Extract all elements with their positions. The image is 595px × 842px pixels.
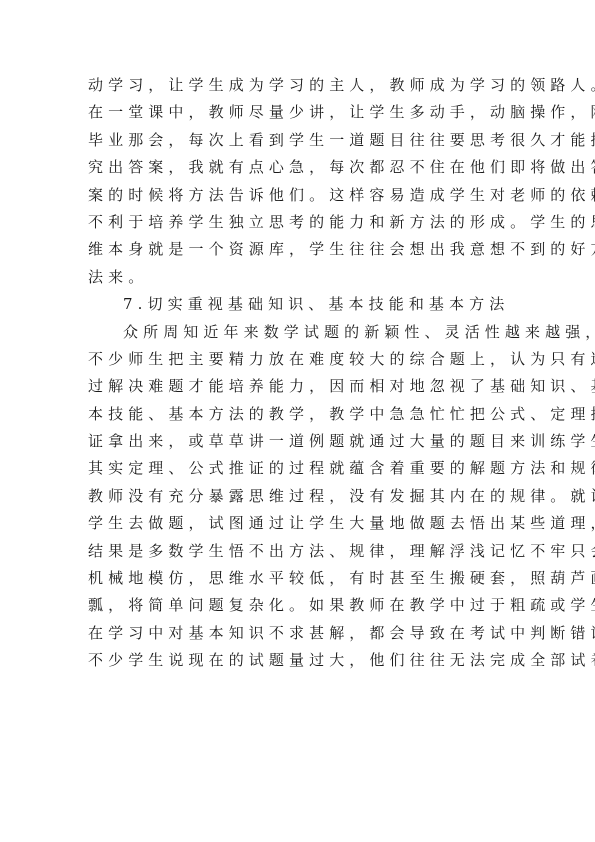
document-page: 动学习，让学生成为学习的主人，教师成为学习的领路人。 在一堂课中，教师尽量少讲，… [0,0,595,842]
section-heading: 7.切实重视基础知识、基本技能和基本方法 [88,291,510,318]
text-line: 案的时候将方法告诉他们。这样容易造成学生对老师的依赖， [88,182,510,209]
text-line: 不利于培养学生独立思考的能力和新方法的形成。学生的思 [88,209,510,236]
text-line: 过解决难题才能培养能力，因而相对地忽视了基础知识、基 [88,373,510,400]
text-line: 在一堂课中，教师尽量少讲，让学生多动手，动脑操作，刚 [88,99,510,126]
text-line: 本技能、基本方法的教学，教学中急急忙忙把公式、定理推 [88,401,510,428]
text-line: 不少学生说现在的试题量过大，他们往往无法完成全部试卷 [88,647,510,674]
paragraph-first-line: 众所周知近年来数学试题的新颖性、灵活性越来越强， [88,319,510,346]
text-line: 究出答案，我就有点心急，每次都忍不住在他们即将做出答 [88,154,510,181]
body-text: 动学习，让学生成为学习的主人，教师成为学习的领路人。 在一堂课中，教师尽量少讲，… [88,72,510,675]
text-line: 瓢，将简单问题复杂化。如果教师在教学中过于粗疏或学生 [88,592,510,619]
text-line: 不少师生把主要精力放在难度较大的综合题上，认为只有通 [88,346,510,373]
text-line: 教师没有充分暴露思维过程，没有发掘其内在的规律。就让 [88,483,510,510]
text-line: 其实定理、公式推证的过程就蕴含着重要的解题方法和规律， [88,455,510,482]
text-line: 维本身就是一个资源库，学生往往会想出我意想不到的好方 [88,236,510,263]
text-line: 机械地模仿，思维水平较低，有时甚至生搬硬套，照葫芦画 [88,565,510,592]
text-line: 在学习中对基本知识不求甚解，都会导致在考试中判断错误， [88,620,510,647]
text-line: 毕业那会，每次上看到学生一道题目往往要思考很久才能探 [88,127,510,154]
text-line: 证拿出来，或草草讲一道例题就通过大量的题目来训练学生， [88,428,510,455]
text-line: 学生去做题，试图通过让学生大量地做题去悟出某些道理， [88,510,510,537]
text-line: 动学习，让学生成为学习的主人，教师成为学习的领路人。 [88,72,510,99]
text-line: 结果是多数学生悟不出方法、规律，理解浮浅记忆不牢只会 [88,538,510,565]
text-line: 法来。 [88,264,510,291]
